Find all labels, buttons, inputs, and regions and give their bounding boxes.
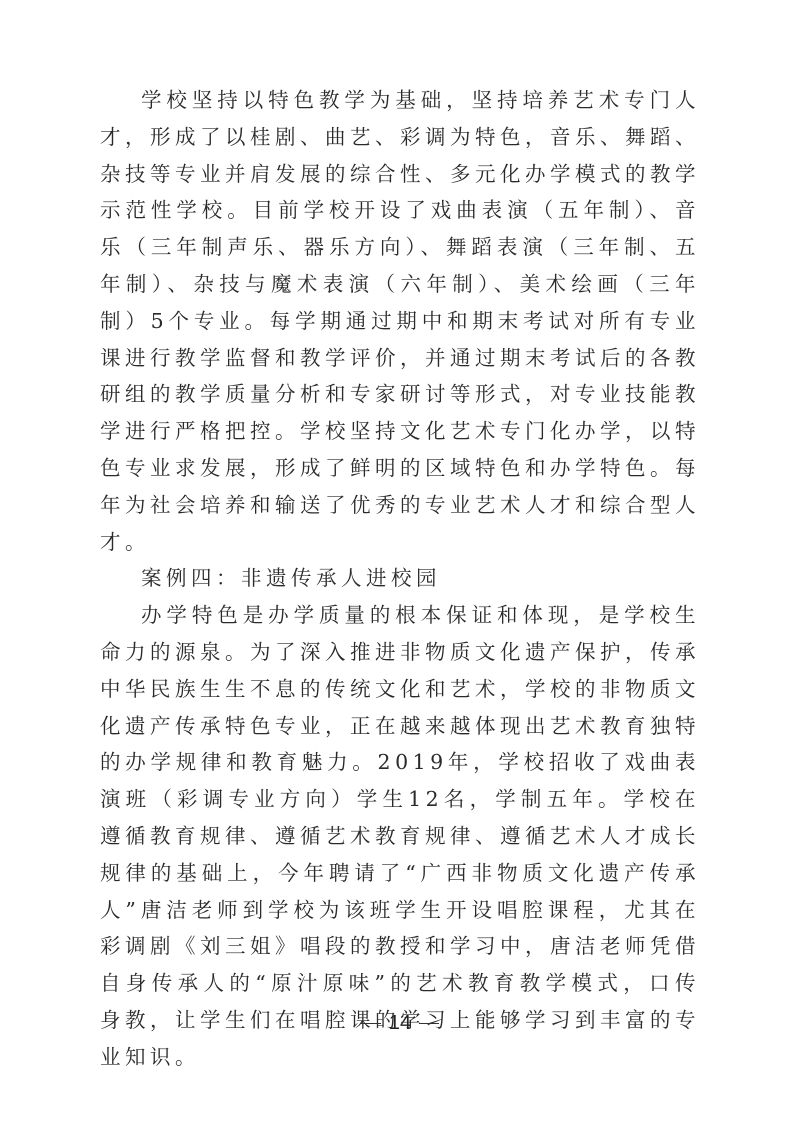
dash-right	[419, 1023, 439, 1024]
document-body: 学校坚持以特色教学为基础，坚持培养艺术专门人才，形成了以桂剧、曲艺、彩调为特色，…	[100, 82, 700, 1076]
paragraph-school-specialty: 学校坚持以特色教学为基础，坚持培养艺术专门人才，形成了以桂剧、曲艺、彩调为特色，…	[100, 82, 700, 560]
paragraph-intangible-heritage: 办学特色是办学质量的根本保证和体现，是学校生命力的源泉。为了深入推进非物质文化遗…	[100, 597, 700, 1075]
case-heading: 案例四：非遗传承人进校园	[100, 560, 700, 597]
page-footer: 14	[0, 1012, 800, 1035]
dash-left	[361, 1023, 381, 1024]
page-number: 14	[389, 1012, 411, 1034]
